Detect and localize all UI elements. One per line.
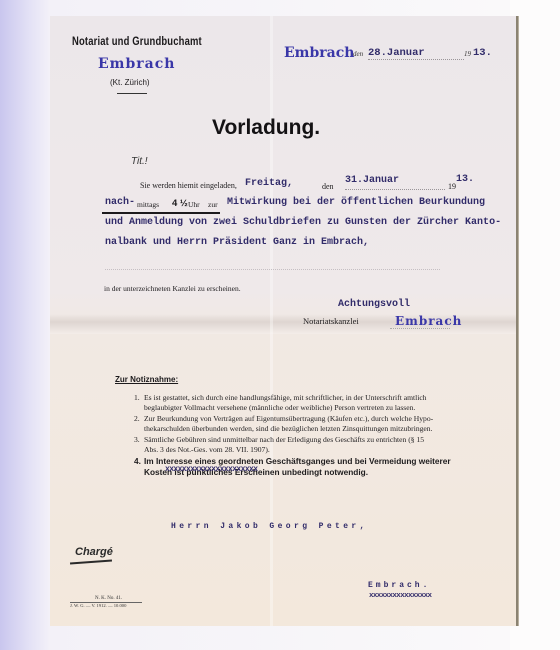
signature-label: Notariatskanzlei: [303, 316, 359, 326]
appointment-den-label: den: [322, 182, 334, 191]
recipient-name: Herrn Jakob Georg Peter,: [171, 522, 368, 531]
summons-document: Notariat und Grundbuchamt Embrach (Kt. Z…: [50, 16, 518, 626]
office-name: Notariat und Grundbuchamt: [72, 36, 202, 48]
notes-heading: Zur Notiznahme:: [115, 375, 178, 384]
time-nach: nach-: [105, 197, 135, 208]
print-info: J. W. G. — V. 1912. — 10.000: [70, 603, 126, 608]
note-number: 3.: [134, 435, 140, 445]
note-number: 4.: [134, 456, 141, 467]
dateline-dotted-line: [368, 59, 464, 60]
appointment-dotted-line: [345, 189, 445, 190]
form-number: N. K. No. 41.: [95, 596, 122, 601]
typed-x-strikeline: xxxxxxxxxxxxxxxxxxxxxx: [165, 465, 257, 474]
appointment-date: 31.Januar: [345, 175, 399, 186]
nach-underline: [102, 212, 220, 214]
canton-label: (Kt. Zürich): [110, 78, 150, 87]
note-line: Zur Beurkundung von Verträgen auf Eigent…: [144, 414, 516, 424]
appointment-hour: 4 ½: [172, 198, 188, 209]
note-line: Abs. 3 des Not.-Ges. vom 28. VII. 1907).: [144, 445, 516, 455]
appointment-day: Freitag,: [245, 178, 293, 189]
purpose-line-1: Mitwirkung bei der öffentlichen Beurkund…: [227, 197, 485, 208]
note-line: Sämtliche Gebühren sind unmittelbar nach…: [144, 435, 516, 445]
charge-mark: Chargé: [75, 546, 113, 558]
signature-dotted-line: [390, 328, 450, 329]
time-mittags: mittags: [137, 200, 159, 209]
purpose-line-3: nalbank und Herrn Präsident Ganz in Embr…: [105, 237, 369, 248]
note-item: 3. Sämtliche Gebühren sind unmittelbar n…: [134, 435, 516, 456]
salutation: Tit.!: [131, 156, 148, 167]
invite-text: Sie werden hiemit eingeladen,: [140, 181, 237, 190]
place-stamp: Embrach: [98, 56, 175, 72]
note-line: beglaubigter Vollmacht versehene (männli…: [144, 403, 516, 413]
blank-dotted-line: [105, 269, 440, 270]
recipient-x-strikeline: xxxxxxxxxxxxxxxx: [369, 592, 431, 600]
appointment-year-prefix: 19: [448, 182, 456, 191]
vertical-fold-crease: [270, 16, 273, 626]
charge-underline: [70, 560, 112, 565]
note-number: 1.: [134, 393, 140, 403]
appointment-year-suffix: 13.: [456, 174, 474, 185]
purpose-line-2: und Anmeldung von zwei Schuldbriefen zu …: [105, 217, 501, 228]
document-title: Vorladung.: [212, 116, 320, 140]
dateline-den-label: den: [353, 50, 363, 58]
header-divider: [117, 93, 147, 94]
dateline-place-stamp: Embrach: [284, 45, 354, 61]
appear-text: in der unterzeichneten Kanzlei zu ersche…: [104, 284, 241, 293]
note-line: Es ist gestattet, sich durch eine handlu…: [144, 393, 516, 403]
time-uhr: Uhr: [188, 200, 200, 209]
closing: Achtungsvoll: [338, 299, 410, 310]
note-line: thekarschulden überbunden werden, sind d…: [144, 424, 516, 434]
signature-stamp: Embrach: [395, 314, 462, 328]
dateline-date: 28.Januar: [368, 47, 425, 59]
time-zur: zur: [208, 200, 218, 209]
note-item: 1. Es ist gestattet, sich durch eine han…: [134, 393, 516, 414]
note-item: 2. Zur Beurkundung von Verträgen auf Eig…: [134, 414, 516, 435]
dateline-year-suffix: 13.: [473, 47, 492, 59]
recipient-place: Embrach.: [368, 581, 430, 590]
note-number: 2.: [134, 414, 140, 424]
dateline-year-prefix: 19: [464, 50, 471, 58]
